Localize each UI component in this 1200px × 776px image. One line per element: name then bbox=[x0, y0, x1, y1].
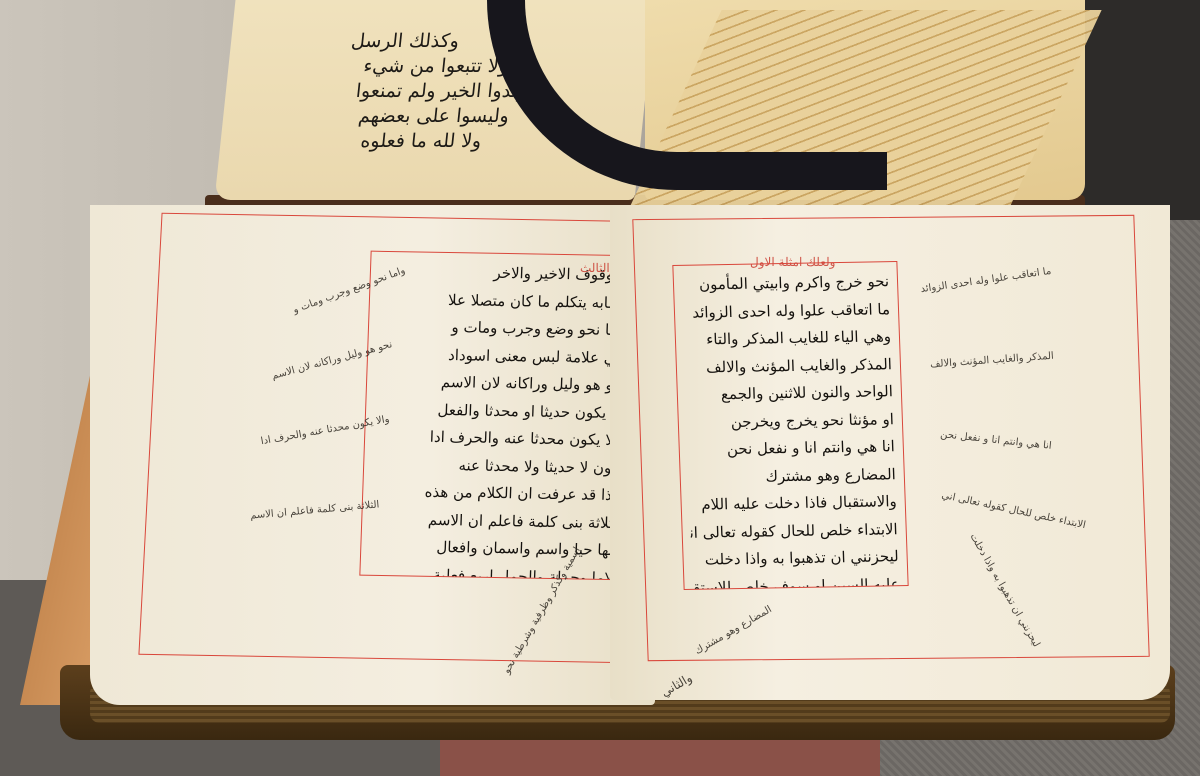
text-line: ما اتعاقب علوا وله احدى الزوائد bbox=[683, 296, 891, 327]
text-line: ولي علامة لبس معنى اسوداد bbox=[376, 340, 629, 372]
back-manuscript: وكذلك الرسل ولا تتبعوا من شيء ولدوا الخي… bbox=[205, 0, 1095, 230]
back-line: وكذلك الرسل bbox=[350, 30, 460, 52]
text-line: المذكر والغايب المؤنث والالف bbox=[684, 351, 892, 382]
front-manuscript: والثالث الموقوف الاخير والاخر خطابه يتكل… bbox=[60, 205, 1175, 765]
footer-note: والثاني bbox=[659, 672, 693, 698]
text-line: خطابه يتكلم ما كان متصلا علا bbox=[378, 285, 631, 317]
text-line: نحو خرج واكرم وابيتي المأمون bbox=[682, 268, 890, 299]
text-line: يكون لا حديثا ولا محدثا عنه bbox=[372, 450, 625, 482]
back-line: ولا تتبعوا من شيء bbox=[362, 55, 509, 77]
text-line: او مؤنثا نحو يخرج ويخرجن bbox=[686, 406, 894, 437]
text-line: انا هي وانتم انا و نفعل نحن bbox=[687, 433, 895, 464]
back-line: وليسوا على بعضهم bbox=[357, 105, 510, 127]
text-line: الواحد والنون للاثنين والجمع bbox=[685, 378, 893, 409]
text-line: الابتداء خلص للحال كقوله تعالى اني bbox=[690, 516, 898, 547]
text-line: ليحزنني ان تذهبوا به واذا دخلت bbox=[691, 543, 899, 574]
back-line: ولدوا الخير ولم تمنعوا bbox=[355, 80, 528, 102]
text-line: الثلاثة بنى كلمة فاعلم ان الاسم bbox=[370, 505, 623, 537]
text-line: منها حيا واسم واسمان وافعال bbox=[369, 533, 622, 565]
text-line: ان يكون حديثا او محدثا والفعل bbox=[374, 395, 627, 427]
text-line: المضارع وهو مشترك bbox=[688, 461, 896, 492]
text-line: والاستقبال فاذا دخلت عليه اللام bbox=[689, 488, 897, 519]
left-main-text: الموقوف الاخير والاخر خطابه يتكلم ما كان… bbox=[359, 251, 640, 581]
text-line: والا يكون محدثا عنه والحرف ادا bbox=[373, 423, 626, 455]
text-line: وهي الياء للغايب المذكر والتاء bbox=[683, 323, 891, 354]
text-line: واما نحو وضع وجرب ومات و bbox=[377, 313, 630, 345]
back-line: ولا لله ما فعلوه bbox=[360, 130, 483, 152]
text-line: الموقوف الاخير والاخر bbox=[378, 258, 631, 290]
text-line: واذا قد عرفت ان الكلام من هذه bbox=[371, 478, 624, 510]
left-page: والثالث الموقوف الاخير والاخر خطابه يتكل… bbox=[90, 205, 655, 705]
right-main-text: نحو خرج واكرم وابيتي المأمون ما اتعاقب ع… bbox=[672, 261, 908, 590]
text-line: نحو هو وليل وراكانه لان الاسم bbox=[375, 368, 628, 400]
right-page: ولعلك امثلة الاول نحو خرج واكرم وابيتي ا… bbox=[610, 205, 1170, 700]
